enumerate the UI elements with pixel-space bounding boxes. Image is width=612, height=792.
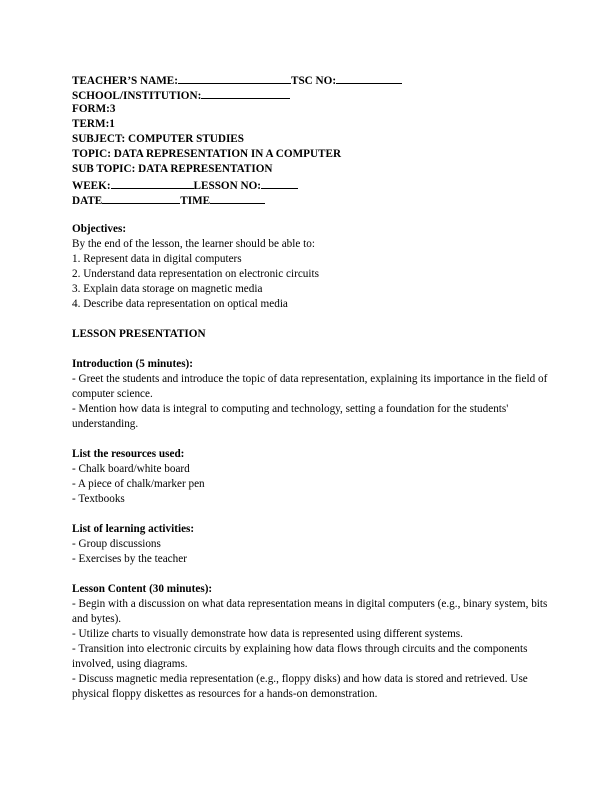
lesson-content-section: Lesson Content (30 minutes): - Begin wit… <box>72 582 552 702</box>
teacher-name-blank[interactable] <box>178 72 291 84</box>
resources-section: List the resources used: - Chalk board/w… <box>72 447 552 507</box>
lesson-content-item: - Begin with a discussion on what data r… <box>72 597 552 627</box>
lesson-no-label: LESSON NO: <box>194 180 261 192</box>
time-blank[interactable] <box>210 192 265 204</box>
tsc-no-label: TSC NO: <box>291 75 336 87</box>
tsc-no-blank[interactable] <box>336 72 402 84</box>
introduction-section: Introduction (5 minutes): - Greet the st… <box>72 357 552 432</box>
resource-item: - Textbooks <box>72 492 552 507</box>
school-label: SCHOOL/INSTITUTION: <box>72 90 201 102</box>
sub-topic-line: SUB TOPIC: DATA REPRESENTATION <box>72 162 552 177</box>
objective-item: 3. Explain data storage on magnetic medi… <box>72 282 552 297</box>
date-blank[interactable] <box>102 192 180 204</box>
date-label: DATE <box>72 195 102 207</box>
objectives-intro: By the end of the lesson, the learner sh… <box>72 237 552 252</box>
time-label: TIME <box>180 195 210 207</box>
lesson-content-item: - Utilize charts to visually demonstrate… <box>72 627 552 642</box>
activity-item: - Group discussions <box>72 537 552 552</box>
school-blank[interactable] <box>201 87 290 99</box>
resource-item: - A piece of chalk/marker pen <box>72 477 552 492</box>
lesson-presentation-title: LESSON PRESENTATION <box>72 327 552 342</box>
lesson-content-item: - Transition into electronic circuits by… <box>72 642 552 672</box>
activities-title: List of learning activities: <box>72 522 552 537</box>
lesson-no-blank[interactable] <box>261 177 298 189</box>
topic-line: TOPIC: DATA REPRESENTATION IN A COMPUTER <box>72 147 552 162</box>
week-row: WEEK:LESSON NO: <box>72 177 552 192</box>
header-block: TEACHER’S NAME:TSC NO: SCHOOL/INSTITUTIO… <box>72 72 552 207</box>
lesson-content-title: Lesson Content (30 minutes): <box>72 582 552 597</box>
objective-item: 2. Understand data representation on ele… <box>72 267 552 282</box>
teacher-name-label: TEACHER’S NAME: <box>72 75 178 87</box>
week-label: WEEK: <box>72 180 111 192</box>
introduction-title: Introduction (5 minutes): <box>72 357 552 372</box>
introduction-item: - Mention how data is integral to comput… <box>72 402 552 432</box>
lesson-plan-page: TEACHER’S NAME:TSC NO: SCHOOL/INSTITUTIO… <box>72 72 552 702</box>
objective-item: 1. Represent data in digital computers <box>72 252 552 267</box>
school-row: SCHOOL/INSTITUTION: <box>72 87 552 102</box>
introduction-item: - Greet the students and introduce the t… <box>72 372 552 402</box>
lesson-presentation-section: LESSON PRESENTATION <box>72 327 552 342</box>
subject-line: SUBJECT: COMPUTER STUDIES <box>72 132 552 147</box>
week-blank[interactable] <box>111 177 194 189</box>
teacher-name-row: TEACHER’S NAME:TSC NO: <box>72 72 552 87</box>
activities-section: List of learning activities: - Group dis… <box>72 522 552 567</box>
date-row: DATETIME <box>72 192 552 207</box>
resource-item: - Chalk board/white board <box>72 462 552 477</box>
objectives-section: Objectives: By the end of the lesson, th… <box>72 222 552 312</box>
form-line: FORM:3 <box>72 102 552 117</box>
objectives-title: Objectives: <box>72 222 552 237</box>
objective-item: 4. Describe data representation on optic… <box>72 297 552 312</box>
resources-title: List the resources used: <box>72 447 552 462</box>
activity-item: - Exercises by the teacher <box>72 552 552 567</box>
term-line: TERM:1 <box>72 117 552 132</box>
lesson-content-item: - Discuss magnetic media representation … <box>72 672 552 702</box>
